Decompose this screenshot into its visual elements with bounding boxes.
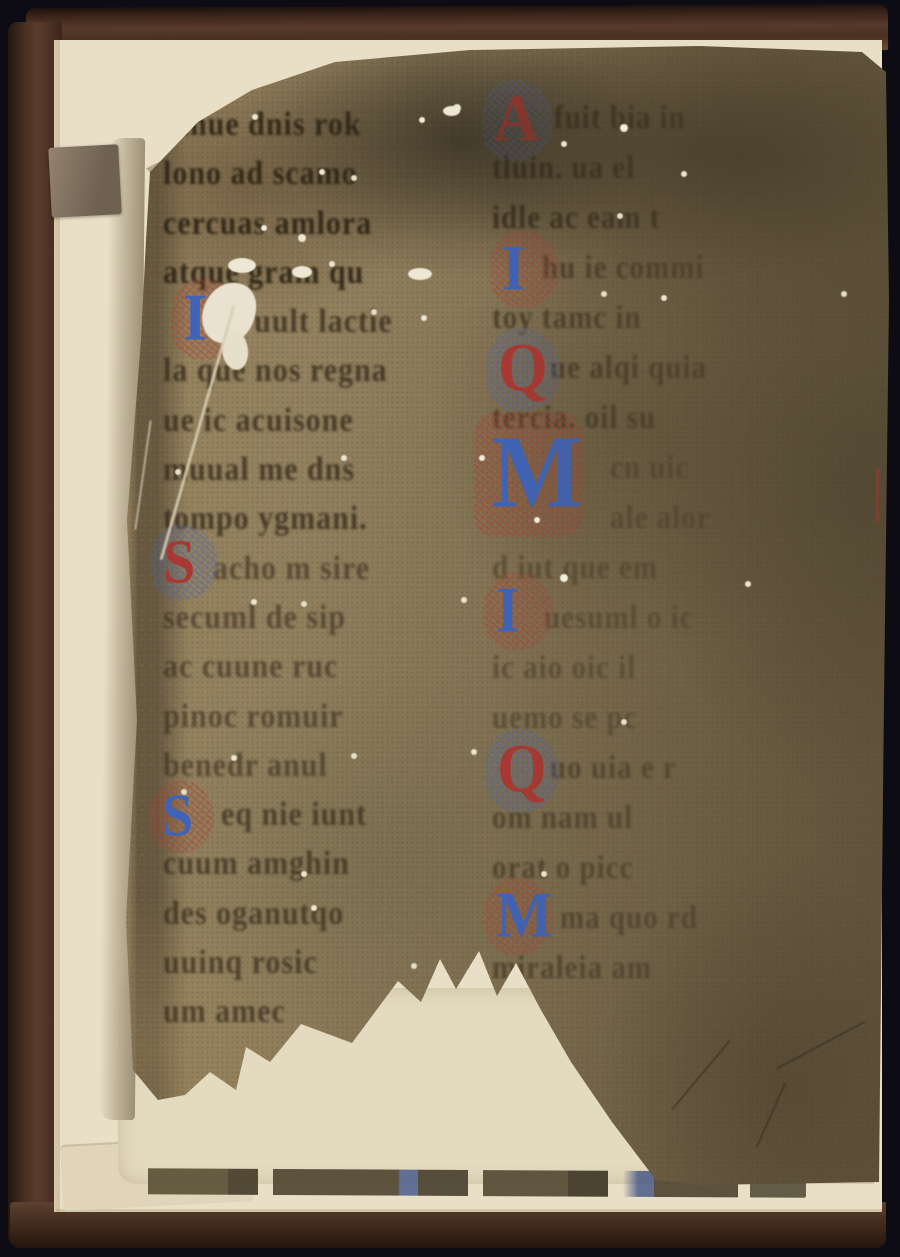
red-margin-mark (876, 468, 879, 523)
ink-loss-patch (228, 258, 256, 273)
manuscript-photograph: tanue dnis rok lono ad scamo cercuas aml… (0, 0, 900, 1257)
repair-tape-tab (48, 144, 122, 218)
ink-loss-patch (408, 268, 432, 280)
ink-flake-spots (0, 0, 4, 4)
ink-loss-patch (443, 106, 460, 116)
ink-loss-patch (292, 266, 312, 278)
